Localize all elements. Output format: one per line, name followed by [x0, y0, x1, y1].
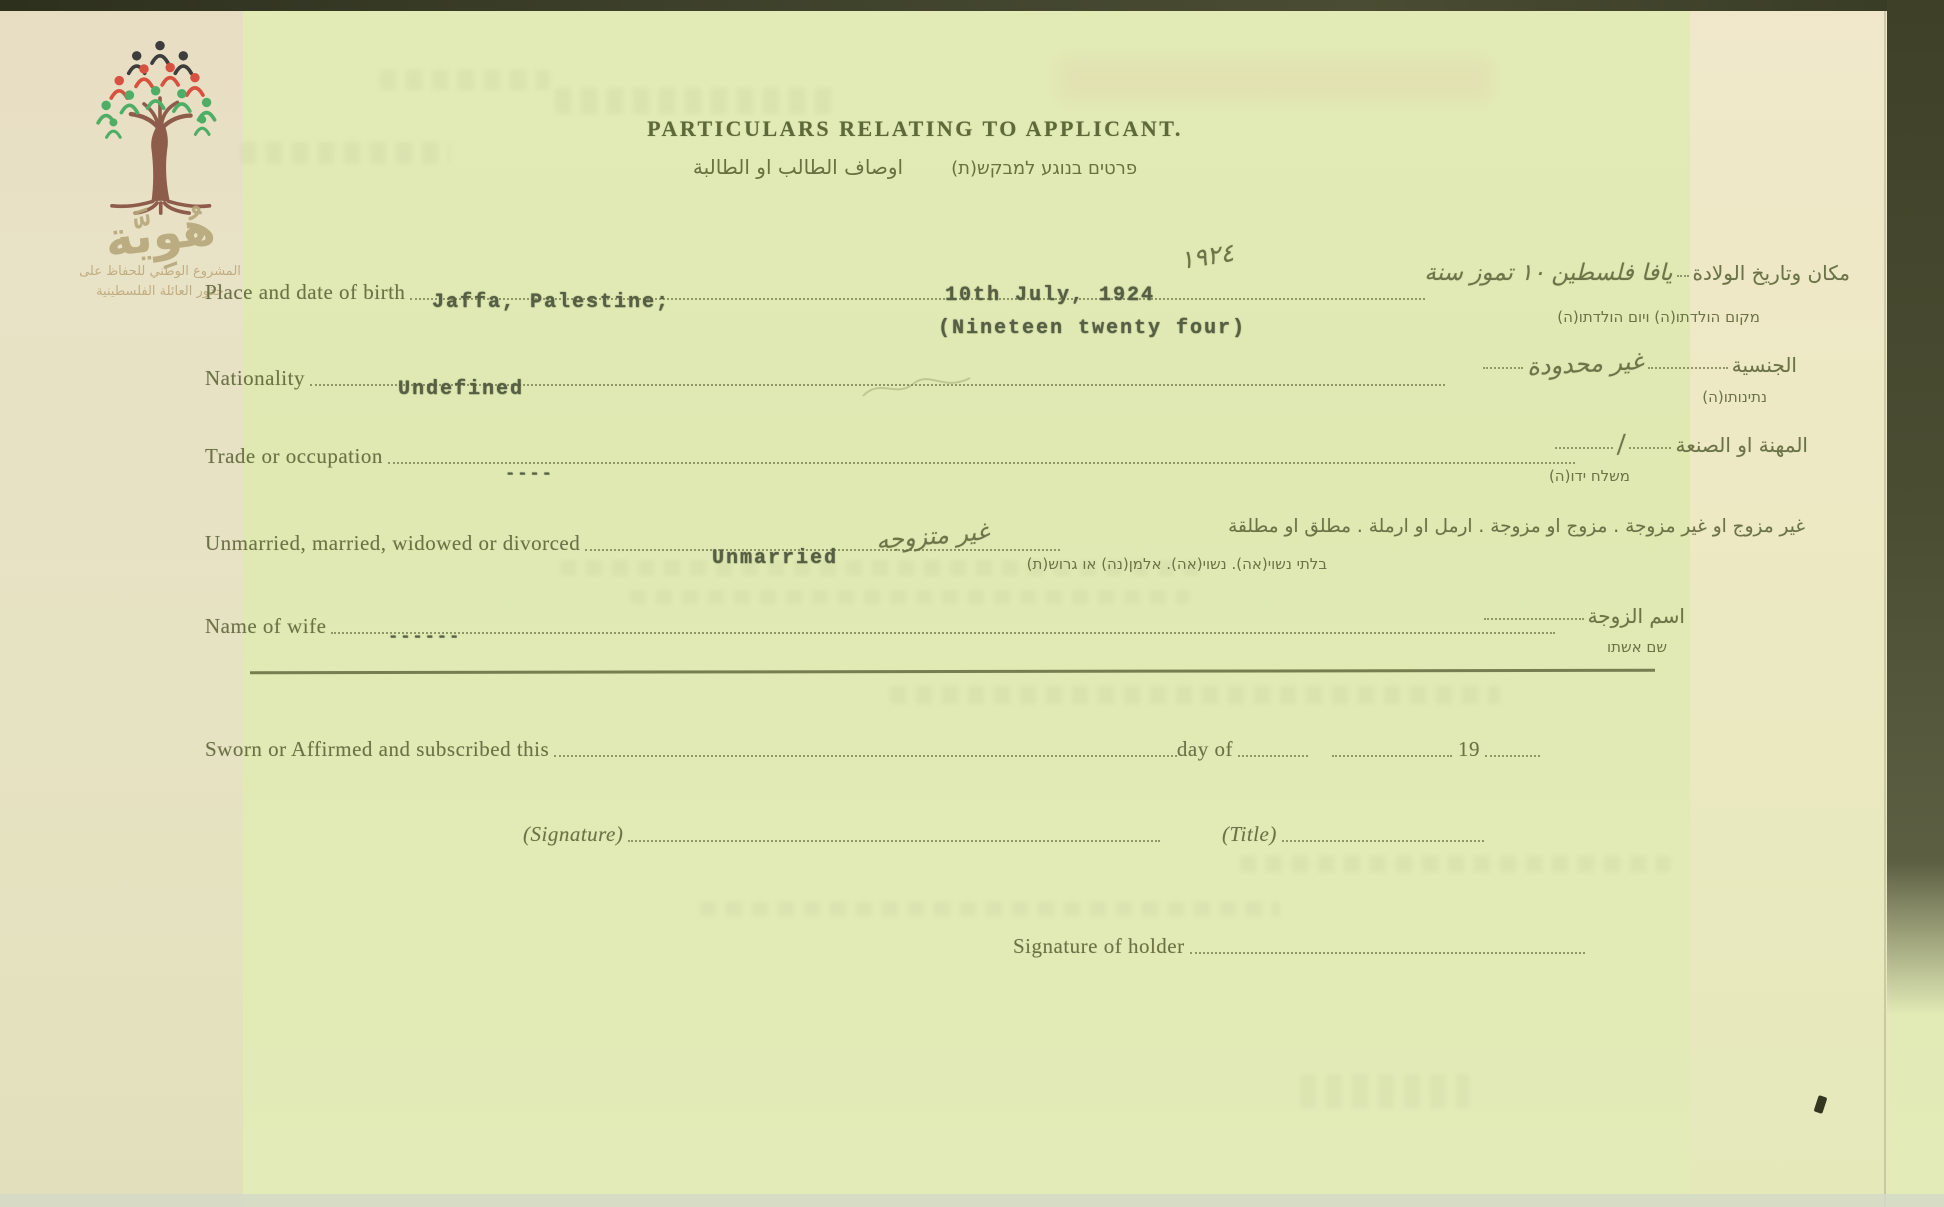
field-birth-row: Place and date of birth [205, 280, 1425, 305]
typed-nationality: Undefined [398, 378, 524, 401]
field-nationality-label-ar: الجنسية [1732, 353, 1797, 377]
hand-birth-date-ar: ١٠ تموز سنة [1424, 260, 1545, 286]
typed-occupation: ---- [505, 465, 554, 484]
dotted-line [1484, 614, 1584, 620]
field-occupation-arabic: المهنة او الصنعة/ [1551, 430, 1808, 458]
field-birth-arabic: مكان وتاريخ الولادةيافا فلسطين ١٠ تموز س… [1424, 260, 1850, 286]
dotted-line [1629, 443, 1671, 449]
field-wife-label-he: שם אשתו [1607, 638, 1667, 656]
field-birth-label: Place and date of birth [205, 280, 410, 305]
field-nationality-row: Nationality [205, 366, 1445, 391]
typed-birth-date: 10th July, 1924 [945, 284, 1155, 307]
dotted-line [1677, 271, 1689, 277]
ghost-smudge [240, 142, 450, 164]
scan-edge-right [1887, 0, 1944, 1015]
field-nationality-label: Nationality [205, 366, 310, 391]
oath-text: Sworn or Affirmed and subscribed this [205, 737, 554, 762]
dotted-line [388, 462, 1575, 464]
field-wife-arabic: اسم الزوجة [1480, 604, 1685, 628]
field-birth-label-ar: مكان وتاريخ الولادة [1693, 261, 1850, 285]
ghost-smudge [630, 590, 1190, 604]
ghost-smudge [1240, 856, 1670, 872]
field-marital-label-he: בלתי נשוי(אה). נשוי(אה). אלמן(נה) או גרו… [1027, 555, 1327, 573]
document-page: هُوِيَّة المشروع الوطني للحفاظ على جذور … [0, 0, 1944, 1207]
typed-wife: ------ [388, 628, 461, 647]
field-wife-label-ar: اسم الزوجة [1588, 604, 1685, 628]
dotted-line [1238, 755, 1308, 757]
field-occupation-label-he: משלח ידו(ה) [1549, 467, 1630, 485]
divider-rule [250, 669, 1655, 674]
hand-occupation-mark: / [1615, 430, 1627, 459]
dotted-line [1648, 363, 1728, 369]
dotted-line [1282, 840, 1484, 842]
scan-edge-bottom [0, 1194, 1944, 1207]
logo-people-black [129, 41, 192, 73]
logo-tagline-line1: المشروع الوطني للحفاظ على [56, 262, 264, 282]
title-label: (Title) [1222, 822, 1282, 847]
field-wife-label: Name of wife [205, 614, 331, 639]
ghost-smudge [890, 686, 1500, 704]
hand-birth-year: ١٩٢٤ [1178, 238, 1236, 275]
ghost-smudge [380, 70, 550, 90]
oath-year-prefix: 19 [1452, 737, 1485, 762]
fold-line [1884, 0, 1886, 1207]
field-nationality-label-he: נתינותו(ה) [1702, 388, 1767, 406]
ghost-smudge [700, 902, 1280, 916]
form-subtitle: اوصاف الطالب او الطالبة פרטים בנוגע למבק… [565, 155, 1265, 179]
hand-birth-place-ar: يافا فلسطين [1551, 260, 1672, 286]
holder-signature-row: Signature of holder [1013, 934, 1585, 959]
field-marital-label: Unmarried, married, widowed or divorced [205, 531, 585, 556]
form-title: PARTICULARS RELATING TO APPLICANT. [565, 116, 1265, 142]
field-nationality-arabic: الجنسيةغير محدودة [1479, 350, 1797, 378]
oath-row: Sworn or Affirmed and subscribed this da… [205, 737, 1540, 762]
dotted-line [1190, 952, 1585, 954]
right-cream-band [1690, 0, 1890, 1207]
scan-edge-top [0, 0, 1944, 11]
ghost-smudge [1300, 1074, 1470, 1108]
oath-day-of: day of [1177, 737, 1238, 762]
org-logo: هُوِيَّة المشروع الوطني للحفاظ على جذور … [56, 34, 264, 301]
dotted-line [1485, 755, 1540, 757]
logo-tree-icon [84, 34, 236, 216]
form-subtitle-hebrew: פרטים בנוגע למבקש(ת) [951, 158, 1137, 179]
dotted-line [1483, 363, 1523, 369]
hand-nationality-ar: غير محدودة [1527, 347, 1645, 381]
holder-signature-label: Signature of holder [1013, 934, 1190, 959]
signature-row: (Signature) [523, 822, 1160, 847]
ghost-smudge [1060, 58, 1490, 100]
signature-label: (Signature) [523, 822, 628, 847]
field-birth-label-he: מקום הולדתו(ה) ויום הולדתו(ה) [1557, 308, 1760, 326]
typed-birth-place: Jaffa, Palestine; [432, 291, 670, 314]
field-marital-label-ar: غير مزوج او غير مزوجة . مزوج او مزوجة . … [1228, 516, 1805, 537]
field-occupation-row: Trade or occupation [205, 444, 1575, 469]
typed-birth-date-words: (Nineteen twenty four) [938, 317, 1246, 340]
dotted-line [331, 632, 1555, 634]
faint-scribble [858, 372, 978, 406]
form-subtitle-arabic: اوصاف الطالب او الطالبة [693, 155, 903, 179]
typed-marital: Unmarried [712, 547, 838, 570]
field-occupation-label-ar: المهنة او الصنعة [1675, 433, 1808, 457]
ghost-smudge [555, 88, 835, 114]
dotted-line [628, 840, 1160, 842]
dotted-line [1555, 443, 1613, 449]
dotted-line [554, 755, 1177, 757]
dotted-line [1332, 755, 1452, 757]
field-occupation-label: Trade or occupation [205, 444, 388, 469]
title-row: (Title) [1222, 822, 1484, 847]
